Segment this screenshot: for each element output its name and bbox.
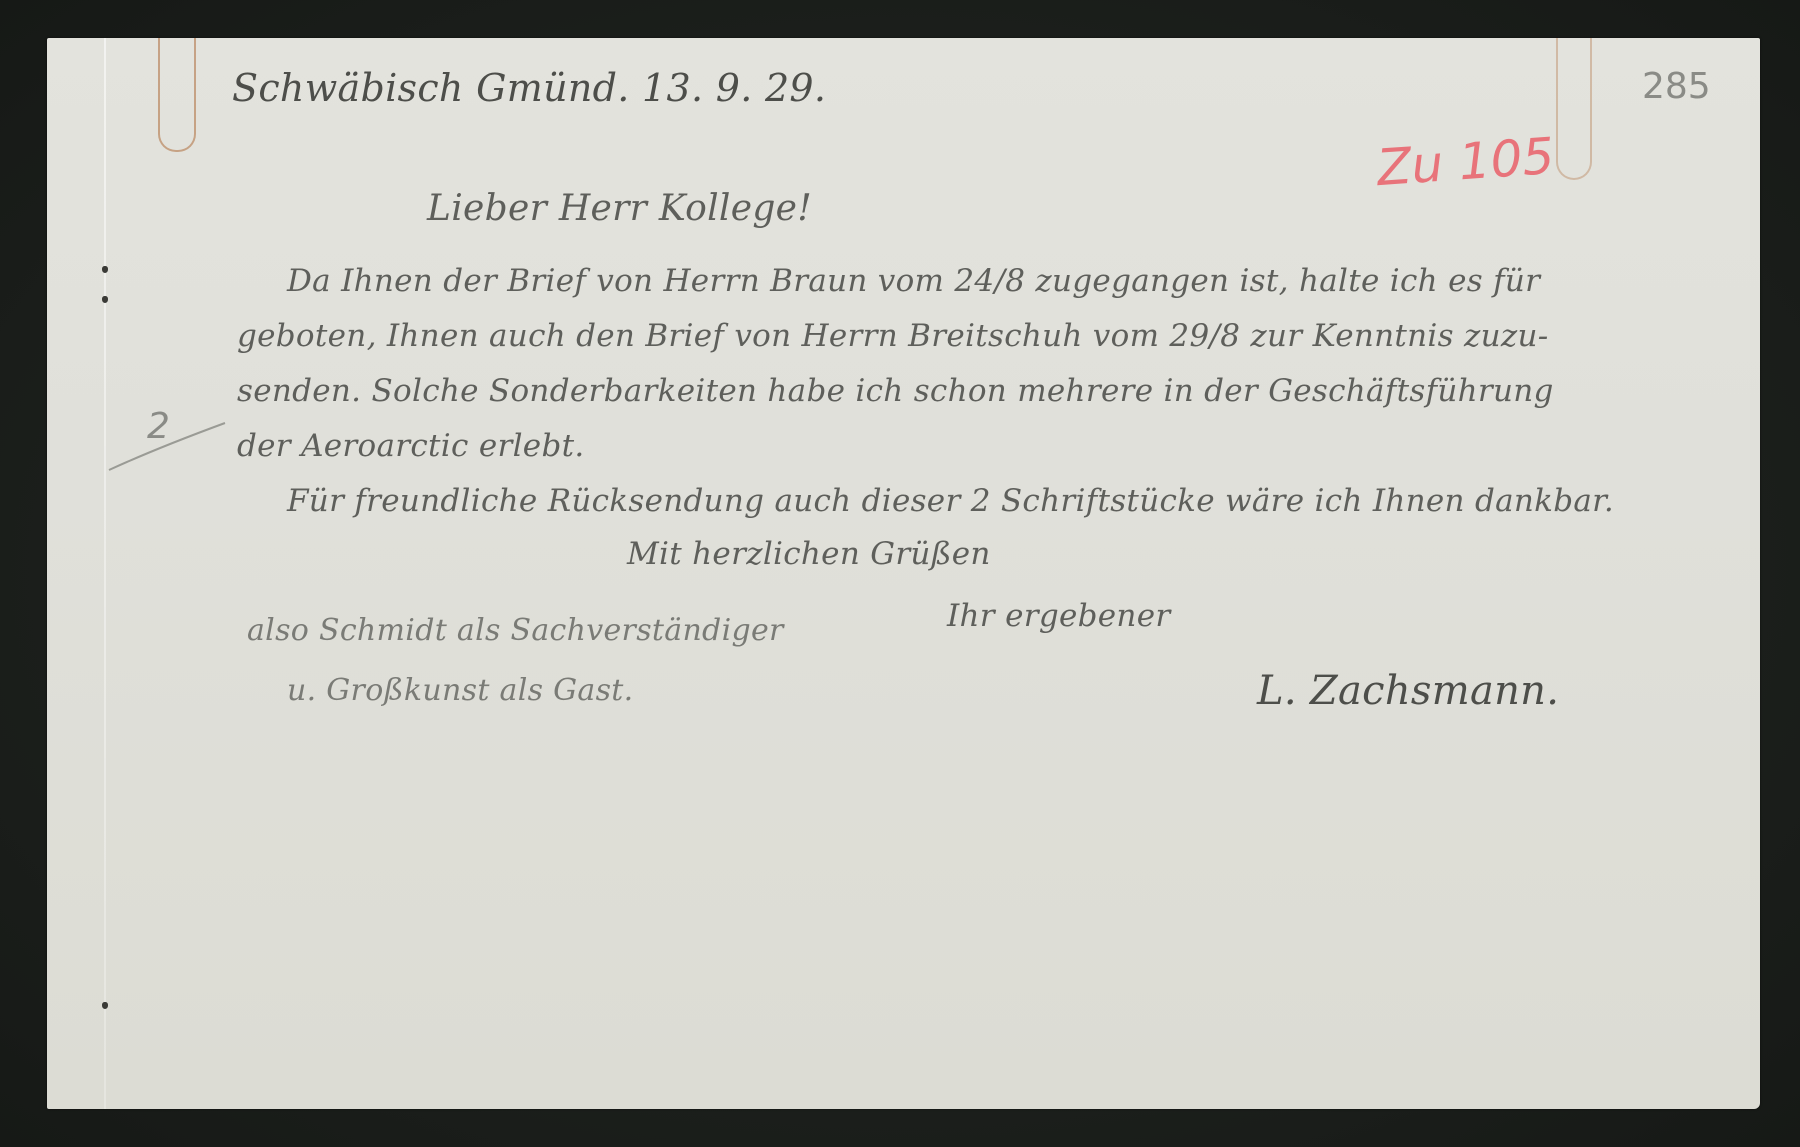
place-date: Schwäbisch Gmünd. 13. 9. 29.	[232, 66, 826, 110]
closing-valediction: Ihr ergebener	[947, 598, 1170, 634]
punch-hole-mark	[102, 266, 108, 273]
body-line: senden. Solche Sonderbarkeiten habe ich …	[237, 373, 1554, 409]
paperclip-rust-mark	[158, 38, 196, 152]
margin-stroke	[107, 418, 227, 478]
red-reference-annotation: Zu 105	[1375, 127, 1556, 197]
punch-hole-mark	[102, 1002, 108, 1009]
scanned-document: Schwäbisch Gmünd. 13. 9. 29. 285 Zu 105 …	[0, 0, 1800, 1147]
marginal-note-line: also Schmidt als Sachverständiger	[247, 613, 784, 648]
closing-greeting: Mit herzlichen Grüßen	[627, 536, 991, 572]
salutation: Lieber Herr Kollege!	[427, 188, 812, 229]
body-line: geboten, Ihnen auch den Brief von Herrn …	[237, 318, 1549, 354]
body-line: Da Ihnen der Brief von Herrn Braun vom 2…	[287, 263, 1540, 299]
marginal-note-line: u. Großkunst als Gast.	[287, 673, 633, 708]
punch-hole-mark	[102, 296, 108, 303]
paperclip-rust-mark	[1556, 38, 1592, 180]
archive-page-number: 285	[1642, 66, 1711, 107]
fold-line	[104, 38, 106, 1109]
signature: L. Zachsmann.	[1257, 668, 1559, 714]
letter-sheet: Schwäbisch Gmünd. 13. 9. 29. 285 Zu 105 …	[47, 38, 1760, 1109]
body-line: der Aeroarctic erlebt.	[237, 428, 585, 464]
body-line: Für freundliche Rücksendung auch dieser …	[287, 483, 1614, 519]
